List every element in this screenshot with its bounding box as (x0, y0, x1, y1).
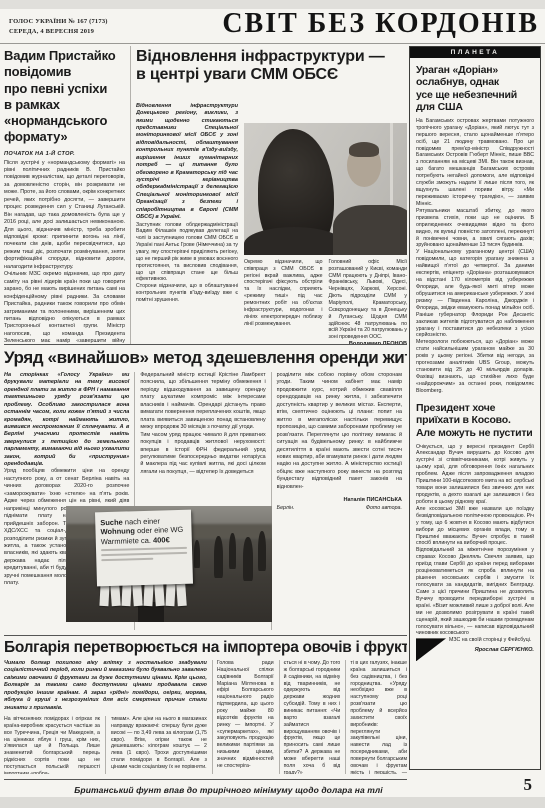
sign-line-3: Warmmiete ca. 400€ (101, 535, 187, 547)
osce-lead: Відновлення інфраструктури Донецького ре… (136, 103, 238, 222)
planet-section-box: ПЛАНЕТА Ураган «Доріан» ослабнув, однак … (409, 46, 541, 770)
man-head (347, 145, 381, 187)
masthead-issue-info: ГОЛОС УКРАЇНИ № 167 (7173) СЕРЕДА, 4 ВЕР… (9, 17, 108, 37)
standing-stone (243, 537, 253, 581)
bulgaria-column-2: тимам». Але ціни на нього в магазинах на… (105, 716, 207, 774)
kosovo-body-end: МЗС на своїй сторінці у Фейсбуці. (449, 637, 531, 643)
planet-byline: Ярослав СЕРГІЄНКО. (416, 647, 534, 654)
bulgaria-column-3: Голова ради Національної спілки садівник… (212, 660, 274, 774)
woman-shoulder (244, 227, 344, 255)
bulgaria-headline: Болгарія перетворюється на імпортера ово… (4, 639, 407, 657)
hurricane-body: На Багамських островах жертвами потужног… (416, 118, 534, 395)
osce-headline: Відновлення інфраструктури — в центрі ув… (136, 48, 407, 85)
kosovo-headline: Президент хоче приїхати в Косово. Але мо… (416, 402, 534, 440)
section-title: СВІТ БЕЗ КОРДОНІВ (222, 8, 539, 40)
rent-byline-city: Берлін. (277, 505, 295, 511)
man-figure (333, 205, 407, 255)
planet-section-label: ПЛАНЕТА (410, 47, 540, 58)
bulgaria-column-1: На вітчизняних помідорах і огірках як кр… (4, 716, 100, 774)
osce-body-3: Головний офіс Місії розташований у Києві… (329, 259, 408, 341)
rent-lead: На сторінках «Голосу України» ми друкува… (4, 372, 129, 468)
kosovo-ending-block: МЗС на своїй сторінці у Фейсбуці. Яросла… (416, 637, 534, 654)
top-articles-row: Вадим Пристайко повідомив про певні успі… (4, 46, 407, 345)
osce-body-3-wrap: Головний офіс Місії розташований у Києві… (329, 259, 408, 344)
article-osce: Відновлення інфраструктури — в центрі ув… (131, 46, 407, 344)
newspaper-page: ГОЛОС УКРАЇНИ № 167 (7173) СЕРЕДА, 4 ВЕР… (0, 0, 545, 808)
header-divider (0, 43, 545, 44)
article-bulgaria: Болгарія перетворюється на імпортера ово… (4, 636, 407, 777)
main-content-area: Вадим Пристайко повідомив про певні успі… (4, 46, 407, 805)
osce-lead-column: Відновлення інфраструктури Донецького ре… (136, 103, 238, 344)
sign-small-print (101, 546, 187, 551)
pristaiko-body: Після зустрічі у «нормандському форматі»… (4, 160, 125, 346)
wohnung-sign: Suche nach einer Wohnung oder eine WG Wa… (95, 510, 193, 587)
osce-body-2: Окремо відзначили, що співпраця з СММ ОБ… (244, 259, 323, 344)
rent-signature: Наталія ПИСАНСЬКА Берлін. Фото автора. (277, 497, 402, 511)
bulgaria-column-4: ється ні в чому. До того ж болгарські го… (279, 660, 341, 774)
bulgaria-body-5: ті в цих галузях, інакше країна залишить… (350, 660, 407, 774)
kosovo-body: Очікується, що у вересні президент Сербі… (416, 444, 534, 638)
page-number: 5 (524, 775, 533, 795)
standing-stone (229, 533, 236, 569)
standing-stone (194, 540, 200, 568)
hurricane-headline: Ураган «Доріан» ослабнув, однак усе ще н… (416, 64, 534, 114)
pristaiko-kicker: ПОЧАТОК НА 1-Й СТОР. (4, 151, 125, 157)
apartment-search-photo: Suche nach einer Wohnung oder eine WG Wa… (66, 506, 272, 622)
osce-meeting-photo (244, 123, 407, 255)
masthead-issue-line2: СЕРЕДА, 4 ВЕРЕСНЯ 2019 (9, 27, 108, 37)
standing-stone (214, 536, 223, 578)
scan-edge-bottom (0, 797, 545, 808)
sign-small-print (101, 557, 153, 561)
bulgaria-column-5: ті в цих галузях, інакше країна залишить… (345, 660, 407, 774)
rent-column-3: розділити між собою порівну обом сторона… (271, 372, 407, 630)
rent-photo-credit: Фото автора. (366, 505, 402, 511)
article-pristaiko: Вадим Пристайко повідомив про певні успі… (4, 46, 131, 344)
pristaiko-headline: Вадим Пристайко повідомив про певні успі… (4, 48, 125, 146)
osce-body-1: Заступник голови облдержадміністрації Ва… (136, 222, 238, 304)
article-rent: Уряд «винайшов» метод здешевлення оренди… (4, 345, 407, 636)
sign-tear-off-tabs (100, 584, 186, 606)
sign-small-print (101, 551, 187, 556)
osce-right-block: Окремо відзначили, що співпраця з СММ ОБ… (244, 103, 407, 344)
bulgaria-lead-block: Чимало болгар похилого віку влітку з нос… (4, 660, 207, 774)
standing-stone (258, 531, 266, 571)
rent-body-3: розділити між собою порівну обом сторона… (277, 372, 402, 491)
bulgaria-lead: Чимало болгар похилого віку влітку з нос… (4, 660, 207, 716)
rent-byline: Наталія ПИСАНСЬКА (277, 497, 402, 503)
rent-headline: Уряд «винайшов» метод здешевлення оренди… (4, 348, 407, 368)
osce-byline: Володимир ЛЕОНОВ (329, 341, 408, 344)
masthead-issue-line1: ГОЛОС УКРАЇНИ № 167 (7173) (9, 17, 108, 27)
